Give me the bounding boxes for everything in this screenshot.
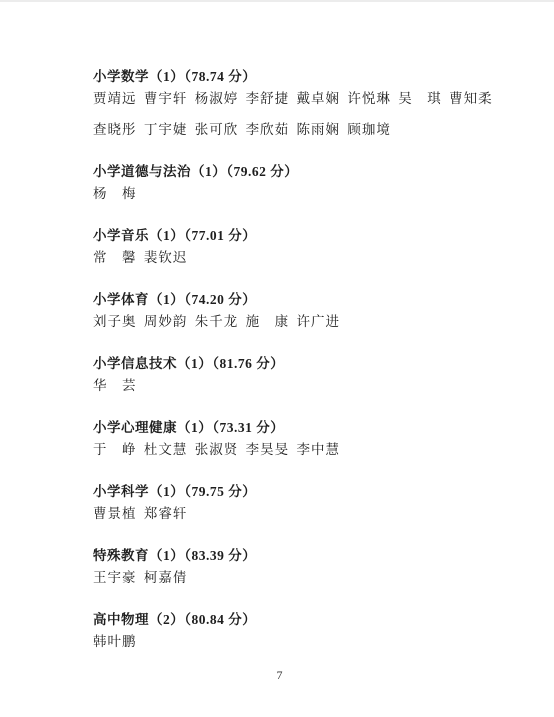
subject-section-math: 小学数学（1）（78.74 分） 贾靖远 曹宇轩 杨淑婷 李舒捷 戴卓娴 许悦琳… xyxy=(93,66,466,140)
teacher-names-line: 王宇豪 柯嘉倩 xyxy=(93,567,466,588)
teacher-names-line: 贾靖远 曹宇轩 杨淑婷 李舒捷 戴卓娴 许悦琳 吴 琪 曹知柔 xyxy=(93,88,466,109)
teacher-names-line: 常 馨 裴钦迟 xyxy=(93,247,466,268)
subject-heading: 小学音乐（1）（77.01 分） xyxy=(93,225,466,246)
subject-section-music: 小学音乐（1）（77.01 分） 常 馨 裴钦迟 xyxy=(93,225,466,268)
subject-section-special-education: 特殊教育（1）（83.39 分） 王宇豪 柯嘉倩 xyxy=(93,545,466,588)
document-content: 小学数学（1）（78.74 分） 贾靖远 曹宇轩 杨淑婷 李舒捷 戴卓娴 许悦琳… xyxy=(0,0,554,686)
teacher-names-line: 刘子奥 周妙韵 朱千龙 施 康 许广进 xyxy=(93,311,466,332)
subject-heading: 小学数学（1）（78.74 分） xyxy=(93,66,466,87)
subject-section-pe: 小学体育（1）（74.20 分） 刘子奥 周妙韵 朱千龙 施 康 许广进 xyxy=(93,289,466,332)
teacher-names-line: 杨 梅 xyxy=(93,183,466,204)
teacher-names-line: 曹景植 郑睿轩 xyxy=(93,503,466,524)
teacher-names-line: 华 芸 xyxy=(93,375,466,396)
subject-heading: 小学体育（1）（74.20 分） xyxy=(93,289,466,310)
document-page: 小学数学（1）（78.74 分） 贾靖远 曹宇轩 杨淑婷 李舒捷 戴卓娴 许悦琳… xyxy=(0,0,554,717)
subject-heading: 高中物理（2）（80.84 分） xyxy=(93,609,466,630)
page-top-edge-line xyxy=(0,0,554,2)
subject-section-science: 小学科学（1）（79.75 分） 曹景植 郑睿轩 xyxy=(93,481,466,524)
subject-section-morality-law: 小学道德与法治（1）（79.62 分） 杨 梅 xyxy=(93,161,466,204)
subject-heading: 小学信息技术（1）（81.76 分） xyxy=(93,353,466,374)
page-number: 7 xyxy=(93,665,466,686)
subject-section-hs-physics: 高中物理（2）（80.84 分） 韩叶鹏 xyxy=(93,609,466,652)
subject-section-psychology: 小学心理健康（1）（73.31 分） 于 峥 杜文慧 张淑贤 李昊旻 李中慧 xyxy=(93,417,466,460)
teacher-names-line: 查晓彤 丁宇婕 张可欣 李欣茹 陈雨娴 顾珈境 xyxy=(93,119,466,140)
subject-section-it: 小学信息技术（1）（81.76 分） 华 芸 xyxy=(93,353,466,396)
teacher-names-line: 韩叶鹏 xyxy=(93,631,466,652)
teacher-names-line: 于 峥 杜文慧 张淑贤 李昊旻 李中慧 xyxy=(93,439,466,460)
subject-heading: 小学心理健康（1）（73.31 分） xyxy=(93,417,466,438)
subject-heading: 特殊教育（1）（83.39 分） xyxy=(93,545,466,566)
subject-heading: 小学科学（1）（79.75 分） xyxy=(93,481,466,502)
subject-heading: 小学道德与法治（1）（79.62 分） xyxy=(93,161,466,182)
